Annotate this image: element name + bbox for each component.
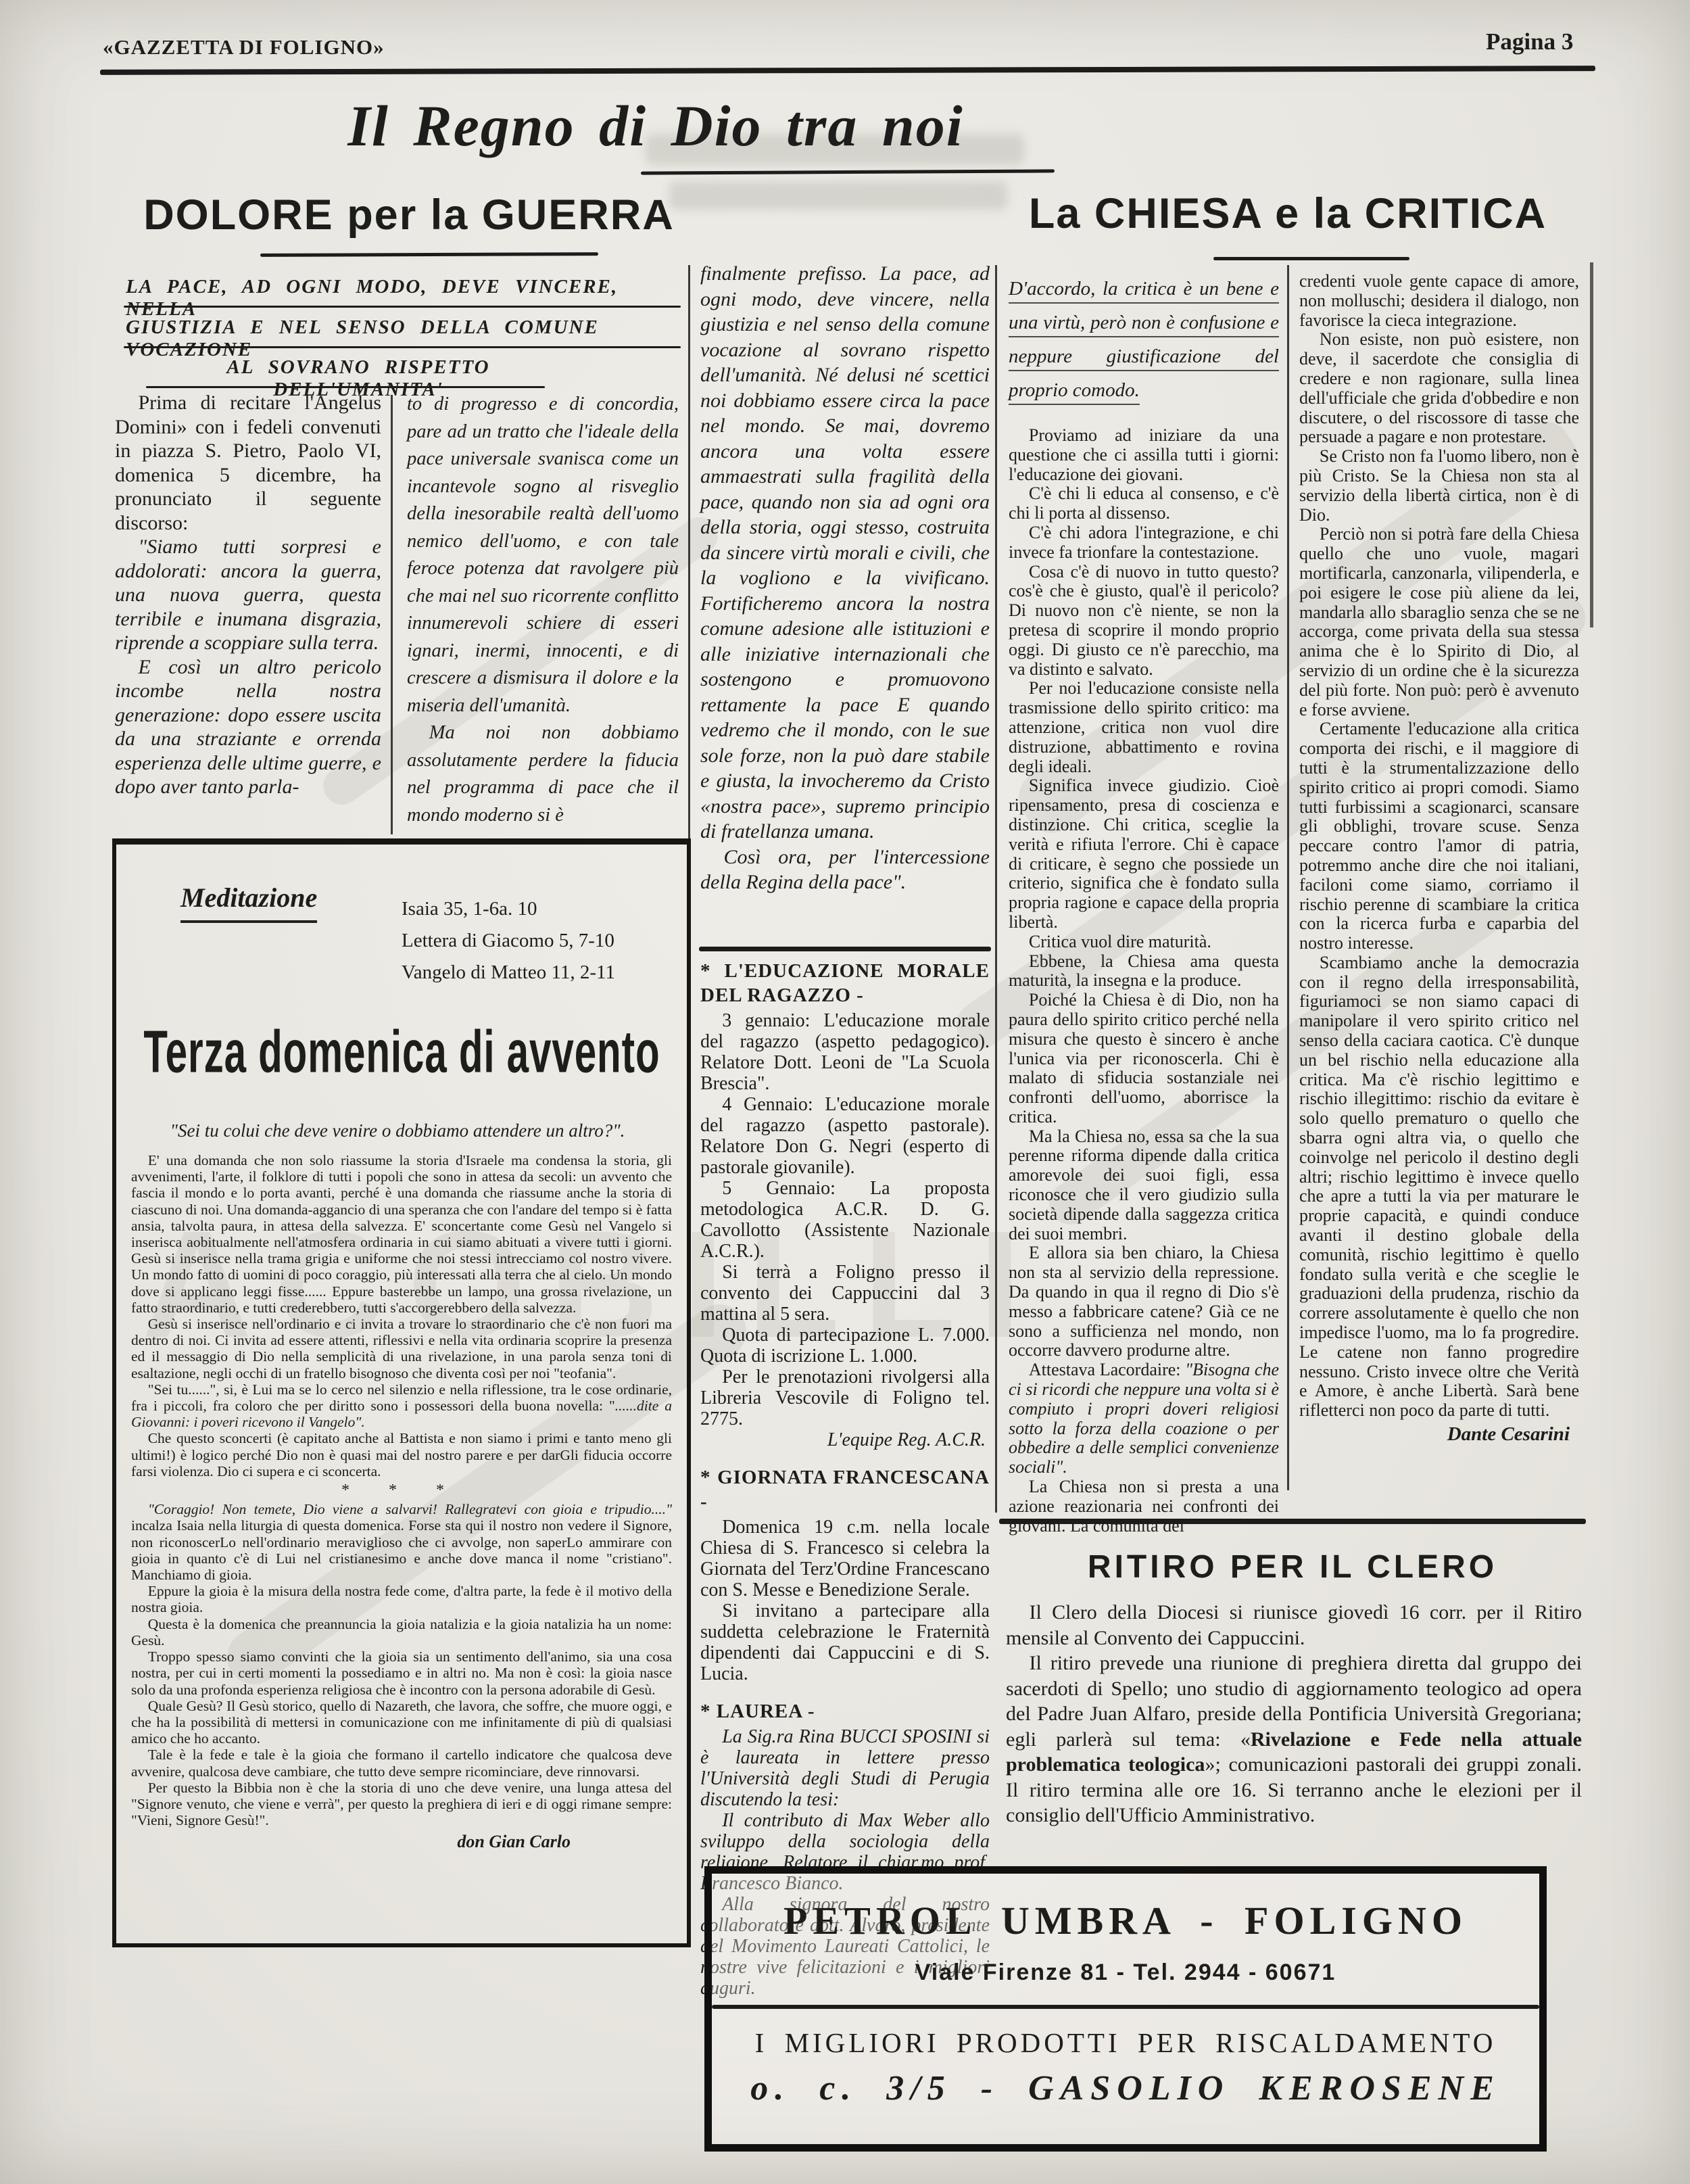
article-standfirst: D'accordo, la critica è un bene e una vi… [1009, 272, 1279, 407]
paragraph: Poiché la Chiesa è di Dio, non ha paura … [1009, 991, 1279, 1127]
headline-dolore: DOLORE per la GUERRA [135, 191, 683, 239]
paragraph: Se Cristo non fa l'uomo libero, non è pi… [1299, 447, 1579, 525]
ad-divider [712, 2005, 1539, 2009]
paragraph: Critica vuol dire maturità. [1009, 932, 1279, 952]
notice-paragraph: La Sig.ra Rina BUCCI SPOSINI si è laurea… [700, 1726, 990, 1810]
kicker-line: GIUSTIZIA E NEL SENSO DELLA COMUNE VOCAZ… [126, 316, 681, 361]
section-overtitle: Il Regno di Dio tra noi [250, 92, 1061, 160]
paragraph: Questa è la domenica che preannuncia la … [131, 1616, 672, 1648]
notice-paragraph: Per le prenotazioni rivolgersi alla Libr… [700, 1367, 990, 1429]
article-chiesa-colB: credenti vuole gente capace di amore, no… [1299, 272, 1579, 1444]
paragraph: Non esiste, non può esistere, non deve, … [1299, 330, 1579, 447]
column-divider [391, 395, 393, 834]
ad-tagline: I MIGLIORI PRODOTTI PER RISCALDAMENTO [712, 2026, 1539, 2059]
ritiro-body: Il Clero della Diocesi si riunisce giove… [1006, 1600, 1582, 1828]
paragraph: Quale Gesù? Il Gesù storico, quello di N… [131, 1698, 672, 1747]
paragraph: Eppure la gioia è la misura della nostra… [131, 1583, 672, 1615]
paragraph: Per questo la Bibbia non è che la storia… [131, 1780, 672, 1829]
paragraph: Il Clero della Diocesi si riunisce giove… [1006, 1600, 1582, 1651]
paragraph: Tale è la fede e tale è la gioia che for… [131, 1747, 672, 1779]
reading: Vangelo di Matteo 11, 2-11 [402, 957, 615, 989]
article-dolore-col1: Prima di recitare l'Angelus Domini» con … [115, 391, 381, 799]
paragraph: Ebbene, la Chiesa ama questa maturità, l… [1009, 952, 1279, 991]
bleedthrough-smudge [669, 181, 1007, 210]
ad-products: o. c. 3/5 - GASOLIO KEROSENE [712, 2068, 1539, 2108]
asterism-separator: * * * [131, 1482, 672, 1498]
notice-paragraph: Quota di partecipazione L. 7.000. Quota … [700, 1325, 990, 1367]
paragraph: Così ora, per l'intercessione della Regi… [700, 845, 990, 895]
quote-lead: Attestava Lacordaire: [1029, 1360, 1185, 1379]
notice-paragraph: 4 Gennaio: L'educazione morale del ragaz… [700, 1094, 990, 1178]
paragraph: "Sei tu......", si, è Lui ma se lo cerco… [131, 1381, 672, 1431]
paragraph: finalmente prefisso. La pace, ad ogni mo… [700, 261, 990, 845]
page-number: Pagina 3 [1486, 28, 1573, 55]
article-dolore-col2: to di progresso e di concordia, pare ad … [407, 391, 679, 829]
paragraph: Perciò non si potrà fare della Chiesa qu… [1299, 525, 1579, 719]
quote-text: "Coraggio! Non temete, Dio viene a salva… [148, 1501, 672, 1517]
meditation-label: Meditazione [180, 882, 317, 923]
notice-paragraph: Si invitano a partecipare alla suddetta … [700, 1600, 990, 1684]
section-rule [999, 1519, 1586, 1524]
column-divider [995, 265, 997, 1513]
notice-title: * L'EDUCAZIONE MORALE DEL RAGAZZO - [700, 959, 990, 1007]
paragraph: Il ritiro prevede una riunione di preghi… [1006, 1651, 1582, 1828]
scan-edge-artifact [1590, 262, 1593, 627]
kicker-line: LA PACE, AD OGNI MODO, DEVE VINCERE, NEL… [126, 276, 681, 321]
quote-lead: "Sei tu......", si, è Lui ma se lo cerco… [131, 1381, 672, 1414]
notice-paragraph: 5 Gennaio: La proposta metodologica A.C.… [700, 1178, 990, 1262]
paragraph: Gesù si inserisce nell'ordinario e ci in… [131, 1316, 672, 1381]
reading: Lettera di Giacomo 5, 7-10 [402, 925, 615, 957]
newspaper-page: ACOBILLI «GAZZETTA DI FOLIGNO» Pagina 3 … [0, 0, 1690, 2184]
paragraph: "Siamo tutti sorpresi e addolorati: anco… [115, 535, 381, 655]
article-signature: don Gian Carlo [131, 1834, 672, 1850]
notice-signature: L'equipe Reg. A.C.R. [700, 1429, 990, 1450]
overtitle-underline [641, 169, 1055, 174]
meditation-box: Meditazione Isaia 35, 1-6a. 10 Lettera d… [112, 838, 691, 1947]
notice-paragraph: Si terrà a Foligno presso il convento de… [700, 1262, 990, 1325]
paragraph: Troppo spesso siamo convinti che la gioi… [131, 1648, 672, 1698]
notice-title: * GIORNATA FRANCESCANA - [700, 1465, 990, 1514]
section-rule [699, 947, 991, 951]
liturgical-readings: Isaia 35, 1-6a. 10 Lettera di Giacomo 5,… [402, 893, 615, 989]
paragraph: Ma noi non dobbiamo assolutamente perder… [407, 719, 679, 829]
paragraph: E così un altro pericolo incombe nella n… [115, 655, 381, 799]
meditation-title-text: Terza domenica di avvento [143, 1018, 660, 1087]
paragraph: Attestava Lacordaire: "Bisogna che ci si… [1009, 1360, 1279, 1477]
paragraph: Prima di recitare l'Angelus Domini» con … [115, 391, 381, 535]
notice-paragraph: 3 gennaio: L'educazione morale del ragaz… [700, 1010, 990, 1094]
paragraph: E allora sia ben chiaro, la Chiesa non s… [1009, 1243, 1279, 1360]
paragraph: E' una domanda che non solo riassume la … [131, 1152, 672, 1316]
paragraph: to di progresso e di concordia, pare ad … [407, 391, 679, 719]
paragraph: Certamente l'educazione alla critica com… [1299, 719, 1579, 953]
kicker-rule [124, 346, 681, 348]
paragraph: Ma la Chiesa no, essa sa che la sua pere… [1009, 1127, 1279, 1244]
middle-column-speech: finalmente prefisso. La pace, ad ogni mo… [700, 261, 990, 895]
paragraph: Che questo sconcerti (è capitato anche a… [131, 1430, 672, 1479]
middle-column-notices: * L'EDUCAZIONE MORALE DEL RAGAZZO - 3 ge… [700, 959, 990, 1999]
kicker-rule [124, 306, 681, 308]
paragraph: La Chiesa non si presta a una azione rea… [1009, 1477, 1279, 1536]
advertisement-box: PETROL UMBRA - FOLIGNO Viale Firenze 81 … [704, 1866, 1547, 2152]
ad-address: Viale Firenze 81 - Tel. 2944 - 60671 [712, 1960, 1539, 1986]
article-chiesa-colA: D'accordo, la critica è un bene e una vi… [1009, 272, 1279, 1536]
paragraph: Scambiamo anche la democrazia con il reg… [1299, 953, 1579, 1421]
masthead-rule [100, 66, 1595, 75]
article-signature: Dante Cesarini [1299, 1425, 1579, 1444]
column-divider [1287, 265, 1289, 1490]
paragraph: C'è chi adora l'integrazione, e chi inve… [1009, 523, 1279, 563]
paragraph: C'è chi li educa al consenso, e c'è chi … [1009, 484, 1279, 523]
paragraph: Cosa c'è di nuovo in tutto questo? cos'è… [1009, 563, 1279, 680]
notice-title: * LAUREA - [700, 1699, 990, 1724]
reading: Isaia 35, 1-6a. 10 [402, 893, 615, 925]
kicker-rule [146, 386, 545, 388]
paragraph: Significa invece giudizio. Cioè ripensam… [1009, 776, 1279, 932]
paragraph: "Coraggio! Non temete, Dio viene a salva… [131, 1501, 672, 1583]
ad-brand: PETROL UMBRA - FOLIGNO [712, 1898, 1539, 1943]
paragraph: Per noi l'educazione consiste nella tras… [1009, 679, 1279, 776]
headline-chiesa: La CHIESA e la CRITICA [988, 189, 1587, 238]
headline-chiesa-underline [1213, 257, 1409, 260]
meditation-title: Terza domenica di avvento [116, 1028, 687, 1076]
notice-paragraph: Domenica 19 c.m. nella locale Chiesa di … [700, 1517, 990, 1600]
meditation-body: E' una domanda che non solo riassume la … [131, 1152, 672, 1851]
headline-dolore-underline [260, 252, 598, 257]
meditation-quote: "Sei tu colui che deve venire o dobbiamo… [130, 1120, 665, 1141]
paragraph: Proviamo ad iniziare da una questione ch… [1009, 426, 1279, 484]
quote-follow: incalza Isaia nella liturgia di questa d… [131, 1517, 672, 1583]
paragraph: credenti vuole gente capace di amore, no… [1299, 272, 1579, 330]
ritiro-title: RITIRO PER IL CLERO [999, 1548, 1586, 1586]
masthead: «GAZZETTA DI FOLIGNO» [103, 35, 385, 60]
